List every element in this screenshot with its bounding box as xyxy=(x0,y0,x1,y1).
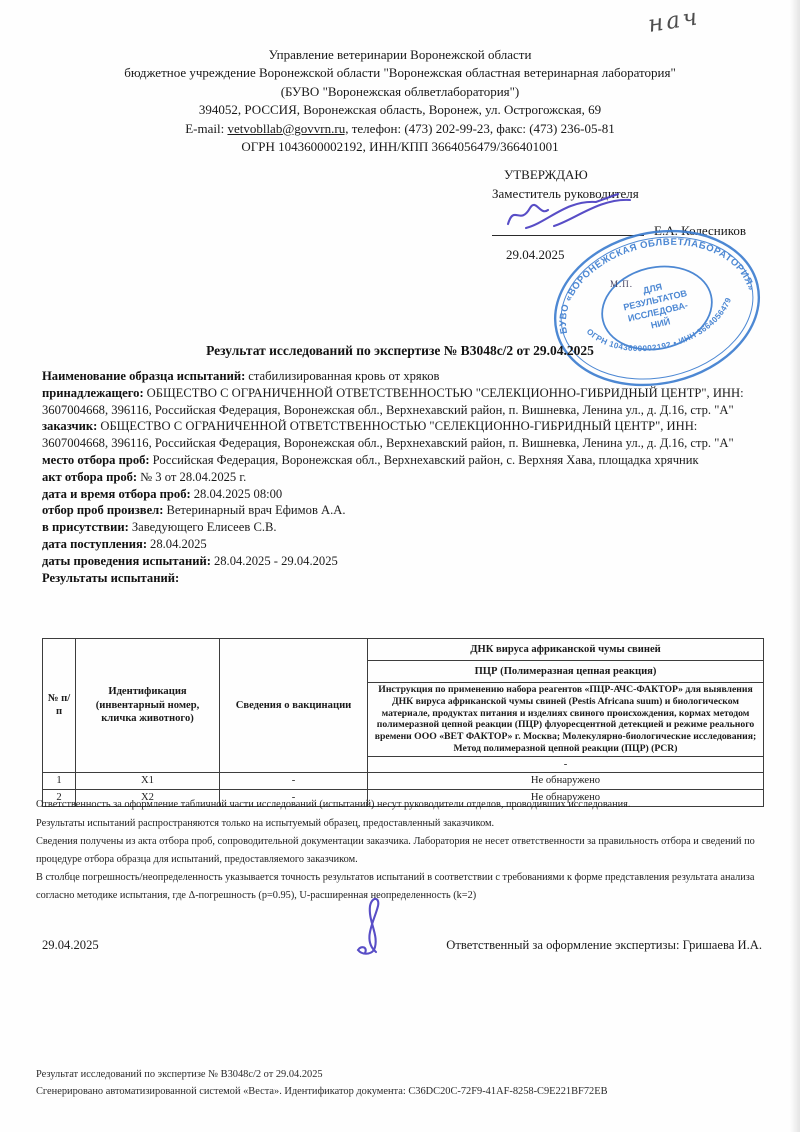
org-header-line: (БУВО "Воронежская облветлаборатория") xyxy=(50,83,750,101)
results-table: № п/п Идентификация (инвентарный номер, … xyxy=(42,638,764,807)
document-title: Результат исследований по экспертизе № В… xyxy=(0,343,800,359)
page-footer: Результат исследований по экспертизе № В… xyxy=(36,1066,766,1100)
disclaimer-notes: Ответственность за оформление табличной … xyxy=(36,796,766,905)
scan-edge-shadow xyxy=(790,0,800,1132)
signoff-row: 29.04.2025 Ответственный за оформление э… xyxy=(42,938,762,953)
scanned-lab-report-page: { "handwriting": { "text": "нач" }, "hea… xyxy=(0,0,800,1132)
approver-signature-icon xyxy=(500,190,640,234)
footer-generated-line: Сгенерировано автоматизированной системо… xyxy=(36,1083,766,1100)
results-section-label: Результаты испытаний: xyxy=(42,570,762,587)
field-sampling-place: место отбора проб:Российская Федерация, … xyxy=(42,452,762,469)
result-header-analyte: ДНК вируса африканской чумы свиней xyxy=(368,639,764,661)
row-number: 1 xyxy=(43,772,76,789)
responsible-person-label: Ответственный за оформление экспертизы: … xyxy=(446,938,762,953)
phone-fax-text: телефон: (473) 202-99-23, факс: (473) 23… xyxy=(348,121,614,136)
field-receipt-date: дата поступления:28.04.2025 xyxy=(42,536,762,553)
table-row: 1 Х1 - Не обнаружено xyxy=(43,772,764,789)
field-sampled-by: отбор проб произвел:Ветеринарный врач Еф… xyxy=(42,502,762,519)
mp-place-of-seal-mark: М.П. xyxy=(610,279,633,289)
row-vaccination: - xyxy=(220,772,368,789)
org-header-line: 394052, РОССИЯ, Воронежская область, Вор… xyxy=(50,101,750,119)
uncertainty-placeholder-cell: - xyxy=(368,756,764,772)
col-header-number: № п/п xyxy=(43,639,76,773)
responsible-signature-icon xyxy=(350,892,398,958)
org-contact-line: E-mail: vetvobllab@govvrn.ru, телефон: (… xyxy=(50,120,750,138)
row-identification: Х1 xyxy=(76,772,220,789)
field-owner: принадлежащего:ОБЩЕСТВО С ОГРАНИЧЕННОЙ О… xyxy=(42,385,762,419)
col-header-vaccination: Сведения о вакцинации xyxy=(220,639,368,773)
note-paragraph: Результаты испытаний распространяются то… xyxy=(36,815,766,833)
approval-heading: УТВЕРЖДАЮ xyxy=(492,166,782,185)
field-sampling-act: акт отбора проб:№ 3 от 28.04.2025 г. xyxy=(42,469,762,486)
result-header-method-type: ПЦР (Полимеразная цепная реакция) xyxy=(368,661,764,683)
field-witness: в присутствии:Заведующего Елисеев С.В. xyxy=(42,519,762,536)
note-paragraph: Сведения получены из акта отбора проб, с… xyxy=(36,833,766,868)
signoff-date: 29.04.2025 xyxy=(42,938,99,953)
field-sample-name: Наименование образца испытаний:стабилизи… xyxy=(42,368,762,385)
field-testing-dates: даты проведения испытаний:28.04.2025 - 2… xyxy=(42,553,762,570)
org-header-line: Управление ветеринарии Воронежской облас… xyxy=(50,46,750,64)
field-sampling-datetime: дата и время отбора проб:28.04.2025 08:0… xyxy=(42,486,762,503)
email-link[interactable]: vetvobllab@govvrn.ru, xyxy=(227,121,348,136)
field-customer: заказчик:ОБЩЕСТВО С ОГРАНИЧЕННОЙ ОТВЕТСТ… xyxy=(42,418,762,452)
sample-fields-block: Наименование образца испытаний:стабилизи… xyxy=(42,368,762,586)
ogrn-inn-line: ОГРН 1043600002192, ИНН/КПП 3664056479/3… xyxy=(50,138,750,156)
handwritten-note: нач xyxy=(646,4,702,38)
footer-expertise-line: Результат исследований по экспертизе № В… xyxy=(36,1066,766,1083)
organization-header: Управление ветеринарии Воронежской облас… xyxy=(50,46,750,157)
org-header-line: бюджетное учреждение Воронежской области… xyxy=(50,64,750,82)
note-paragraph: Ответственность за оформление табличной … xyxy=(36,796,766,814)
col-header-identification: Идентификация (инвентарный номер, кличка… xyxy=(76,639,220,773)
email-label: E-mail: xyxy=(185,121,227,136)
row-result: Не обнаружено xyxy=(368,772,764,789)
method-description-cell: Инструкция по применению набора реагенто… xyxy=(368,683,764,757)
note-paragraph: В столбце погрешность/неопределенность у… xyxy=(36,869,766,904)
